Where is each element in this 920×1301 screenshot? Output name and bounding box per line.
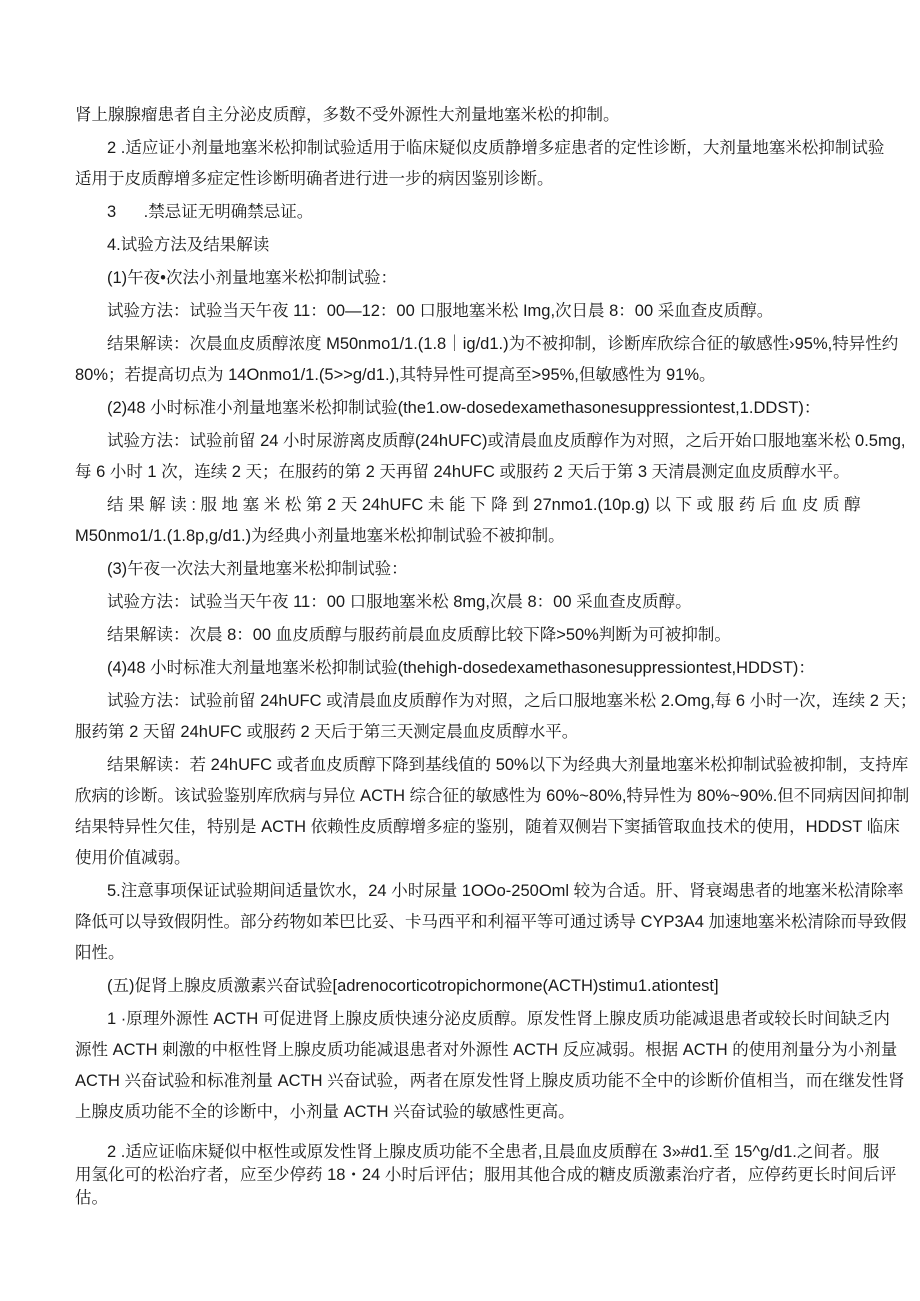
text-line: 上腺皮质功能不全的诊断中，小剂量 ACTH 兴奋试验的敏感性更高。	[75, 1097, 880, 1128]
document-body: 肾上腺腺瘤患者自主分泌皮质醇，多数不受外源性大剂量地塞米松的抑制。2 .适应证小…	[0, 0, 920, 1210]
text-line: 阳性。	[75, 938, 880, 969]
text-line: 试验方法：试验前留 24 小时尿游离皮质醇(24hUFC)或清晨血皮质醇作为对照…	[75, 426, 880, 457]
text-line: 服药第 2 天留 24hUFC 或服药 2 天后于第三天测定晨血皮质醇水平。	[75, 717, 880, 748]
text-line: (3)午夜一次法大剂量地塞米松抑制试验：	[75, 554, 880, 585]
document-page: 肾上腺腺瘤患者自主分泌皮质醇，多数不受外源性大剂量地塞米松的抑制。2 .适应证小…	[0, 0, 920, 1301]
text-line: 2 .适应证小剂量地塞米松抑制试验适用于临床疑似皮质静增多症患者的定性诊断，大剂…	[75, 133, 880, 164]
text-line: (4)48 小时标准大剂量地塞米松抑制试验(thehigh-dosedexame…	[75, 653, 880, 684]
text-line: 试验方法：试验当天午夜 11：00—12：00 口服地塞米松 Img,次日晨 8…	[75, 296, 880, 327]
text-line: 降低可以导致假阴性。部分药物如苯巴比妥、卡马西平和利福平等可通过诱导 CYP3A…	[75, 907, 880, 938]
text-line: 结果解读：若 24hUFC 或者血皮质醇下降到基线值的 50%以下为经典大剂量地…	[75, 750, 880, 781]
text-line: 3 .禁忌证无明确禁忌证。	[75, 197, 880, 228]
text-line: 2 .适应证临床疑似中枢性或原发性肾上腺皮质功能不全患者,且晨血皮质醇在 3»#…	[75, 1141, 880, 1164]
text-line: 估。	[75, 1187, 880, 1210]
text-line: (五)促肾上腺皮质激素兴奋试验[adrenocorticotropichormo…	[75, 971, 880, 1002]
text-line: 结果解读：次晨 8：00 血皮质醇与服药前晨血皮质醇比较下降>50%判断为可被抑…	[75, 620, 880, 651]
text-line: 1 ·原理外源性 ACTH 可促进肾上腺皮质快速分泌皮质醇。原发性肾上腺皮质功能…	[75, 1004, 880, 1035]
text-line: 结果特异性欠佳，特别是 ACTH 依赖性皮质醇增多症的鉴别，随着双侧岩下窦插管取…	[75, 812, 880, 843]
text-line: 5.注意事项保证试验期间适量饮水，24 小时尿量 1OOo-250Oml 较为合…	[75, 876, 880, 907]
text-line: 每 6 小时 1 次，连续 2 天；在服药的第 2 天再留 24hUFC 或服药…	[75, 457, 880, 488]
text-line: 肾上腺腺瘤患者自主分泌皮质醇，多数不受外源性大剂量地塞米松的抑制。	[75, 100, 880, 131]
text-line: M50nmo1/1.(1.8p,g/d1.)为经典小剂量地塞米松抑制试验不被抑制…	[75, 521, 880, 552]
text-line: 80%；若提高切点为 14Onmo1/1.(5>>g/d1.),其特异性可提高至…	[75, 360, 880, 391]
text-line: (1)午夜•次法小剂量地塞米松抑制试验：	[75, 263, 880, 294]
text-line: 源性 ACTH 刺激的中枢性肾上腺皮质功能减退患者对外源性 ACTH 反应减弱。…	[75, 1035, 880, 1066]
text-line: 使用价值减弱。	[75, 843, 880, 874]
text-line: 适用于皮质醇增多症定性诊断明确者进行进一步的病因鉴别诊断。	[75, 164, 880, 195]
text-line: 结 果 解 读 : 服 地 塞 米 松 第 2 天 24hUFC 未 能 下 降…	[75, 490, 880, 521]
text-line: 用氢化可的松治疗者，应至少停药 18・24 小时后评估；服用其他合成的糖皮质激素…	[75, 1164, 880, 1187]
text-line: 结果解读：次晨血皮质醇浓度 M50nmo1/1.(1.8｜ig/d1.)为不被抑…	[75, 329, 880, 360]
text-line: 试验方法：试验当天午夜 11：00 口服地塞米松 8mg,次晨 8：00 采血查…	[75, 587, 880, 618]
text-line: 欣病的诊断。该试验鉴别库欣病与异位 ACTH 综合征的敏感性为 60%~80%,…	[75, 781, 880, 812]
text-line: (2)48 小时标准小剂量地塞米松抑制试验(the1.ow-dosedexame…	[75, 393, 880, 424]
text-line: 试验方法：试验前留 24hUFC 或清晨血皮质醇作为对照，之后口服地塞米松 2.…	[75, 686, 880, 717]
text-line: 4.试验方法及结果解读	[75, 230, 880, 261]
text-line: ACTH 兴奋试验和标准剂量 ACTH 兴奋试验，两者在原发性肾上腺皮质功能不全…	[75, 1066, 880, 1097]
